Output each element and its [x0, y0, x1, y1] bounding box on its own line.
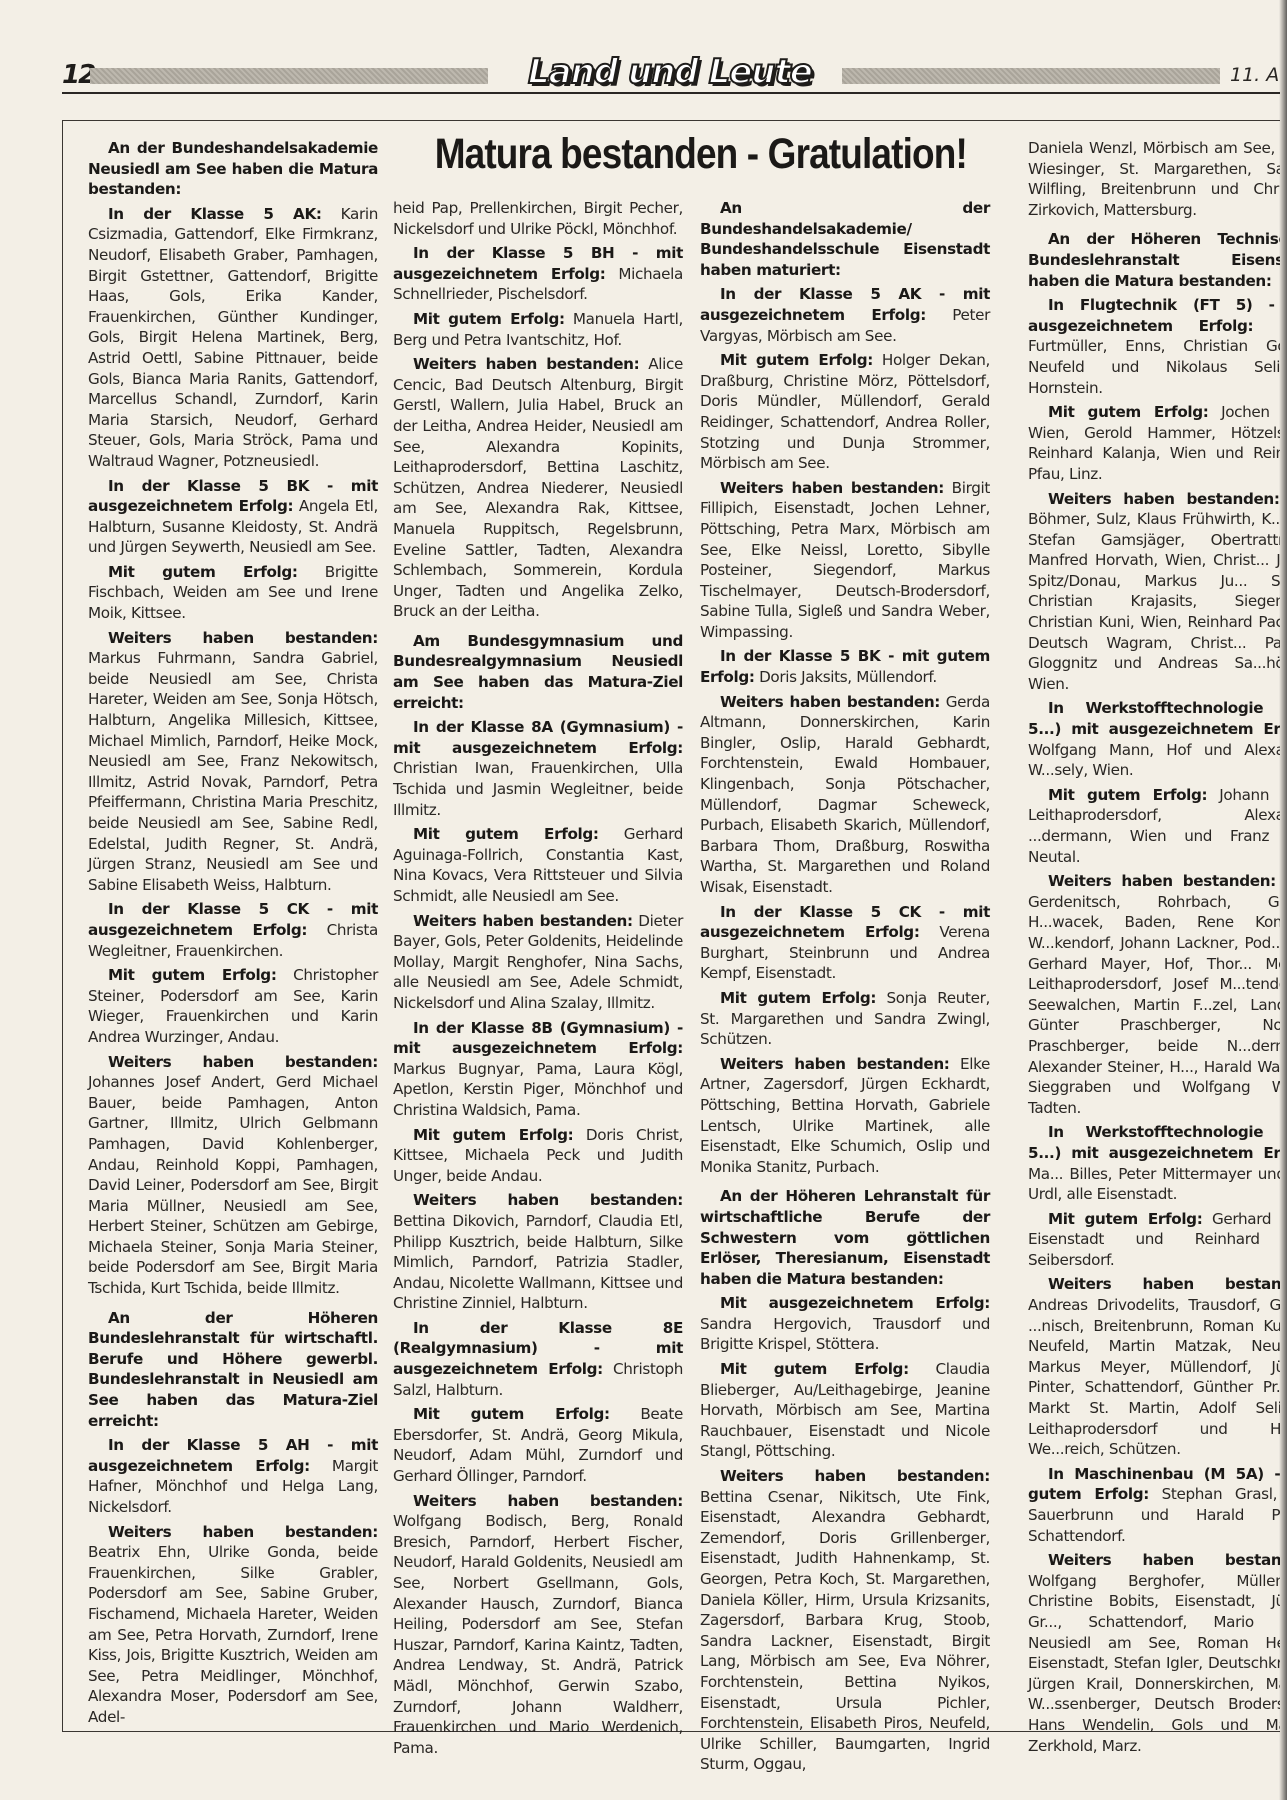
article-paragraph: An der Höheren Technischen Bundeslehrans…	[1028, 229, 1280, 291]
article-paragraph: Weiters haben bestanden: Birgit Fillipic…	[700, 478, 990, 643]
paragraph-lead: Weiters haben bestanden:	[1048, 1551, 1280, 1569]
article-paragraph: Mit ausgezeichnetem Erfolg: Sandra Hergo…	[700, 1293, 990, 1355]
paragraph-lead: An der Höheren Lehranstalt für wirtschaf…	[700, 1187, 990, 1287]
masthead-bar-left	[90, 68, 488, 84]
article-paragraph: An der Bundeshandelsakademie Neusiedl am…	[88, 138, 378, 200]
article-paragraph: Mit gutem Erfolg: Jochen Cs..., Wien, Ge…	[1028, 402, 1280, 484]
article-paragraph: In der Klasse 8E (Realgymnasium) - mit a…	[393, 1318, 683, 1400]
article-paragraph: Mit gutem Erfolg: Brigitte Fischbach, We…	[88, 562, 378, 624]
article-paragraph: Mit gutem Erfolg: Claudia Blieberger, Au…	[700, 1359, 990, 1462]
paragraph-text: Wolfgang Berghofer, Müllendorf, Christin…	[1028, 1572, 1280, 1755]
paragraph-text: Daniela Wenzl, Mörbisch am See, Karin Wi…	[1028, 139, 1280, 219]
paragraph-lead: Am Bundesgymnasium und Bundesrealgymnasi…	[393, 632, 683, 712]
paragraph-lead: Weiters haben bestanden:	[1048, 1275, 1280, 1293]
article-paragraph: In Werkstofftechnologie (WT 5...) mit au…	[1028, 1122, 1280, 1204]
paragraph-lead: Weiters haben bestanden:	[413, 355, 639, 373]
paragraph-lead: In Werkstofftechnologie (WT 5...) mit au…	[1028, 1123, 1280, 1162]
paragraph-text: Alice Cencic, Bad Deutsch Altenburg, Bir…	[393, 355, 683, 620]
paragraph-text: Markus Fuhrmann, Sandra Gabriel, beide N…	[88, 649, 378, 894]
paragraph-lead: Weiters haben bestanden:	[413, 1492, 683, 1510]
article-paragraph: Weiters haben bestanden: Kl... Böhmer, S…	[1028, 489, 1280, 695]
paragraph-lead: Weiters haben bestanden:	[720, 479, 944, 497]
article-paragraph: Mit gutem Erfolg: Holger Dekan, Draßburg…	[700, 350, 990, 474]
article-paragraph: In Werkstofftechnologie (WT 5...) mit au…	[1028, 698, 1280, 780]
paragraph-lead: An der Bundeshandelsakademie/ Bundeshand…	[700, 199, 990, 279]
paragraph-lead: An der Bundeshandelsakademie Neusiedl am…	[88, 139, 378, 198]
article-paragraph: In der Klasse 5 BK - mit gutem Erfolg: D…	[700, 646, 990, 687]
paragraph-text: Beatrix Ehn, Ulrike Gonda, beide Frauenk…	[88, 1543, 378, 1726]
article-paragraph: Mit gutem Erfolg: Johann Ba..., Leithapr…	[1028, 785, 1280, 867]
article-column-4: Daniela Wenzl, Mörbisch am See, Karin Wi…	[1028, 138, 1280, 1760]
article-paragraph: Daniela Wenzl, Mörbisch am See, Karin Wi…	[1028, 138, 1280, 220]
paragraph-text: Bettina Csenar, Nikitsch, Ute Fink, Eise…	[700, 1488, 990, 1774]
article-paragraph: Mit gutem Erfolg: Doris Christ, Kittsee,…	[393, 1125, 683, 1187]
article-paragraph: Weiters haben bestanden: Andreas Drivode…	[1028, 1274, 1280, 1459]
paragraph-lead: Mit gutem Erfolg:	[720, 351, 873, 369]
newspaper-page: 12 Land und Leute 11. August 19 Matura b…	[0, 0, 1280, 1800]
article-headline: Matura bestanden - Gratulation!	[435, 130, 960, 179]
paragraph-text: Be... Gerdenitsch, Rohrbach, Gregor H...…	[1028, 872, 1280, 1117]
paragraph-lead: Mit gutem Erfolg:	[720, 989, 876, 1007]
paragraph-lead: In der Klasse 8B (Gymnasium) - mit ausge…	[393, 1019, 683, 1058]
article-paragraph: In der Klasse 8A (Gymnasium) - mit ausge…	[393, 717, 683, 820]
article-column-2: heid Pap, Prellenkirchen, Birgit Pecher,…	[393, 198, 683, 1762]
article-paragraph: Weiters haben bestanden: Be... Gerdenits…	[1028, 871, 1280, 1118]
article-paragraph: Weiters haben bestanden: Gerda Altmann, …	[700, 692, 990, 898]
paragraph-lead: Weiters haben bestanden:	[1048, 872, 1276, 890]
paragraph-lead: In Flugtechnik (FT 5) - mit ausgezeichne…	[1028, 296, 1280, 335]
paragraph-lead: Weiters haben bestanden:	[413, 912, 633, 930]
article-paragraph: Mit gutem Erfolg: Gerhard Str..., Eisens…	[1028, 1209, 1280, 1271]
page-edge-shadow	[1279, 0, 1287, 1800]
article-paragraph: Weiters haben bestanden: Wolfgang Bergho…	[1028, 1550, 1280, 1756]
paragraph-text: Kl... Böhmer, Sulz, Klaus Frühwirth, K..…	[1028, 490, 1280, 693]
paragraph-text: Birgit Fillipich, Eisenstadt, Jochen Leh…	[700, 479, 990, 641]
article-paragraph: In der Klasse 5 BK - mit ausgezeichnetem…	[88, 476, 378, 558]
paragraph-lead: Weiters haben bestanden:	[720, 1055, 950, 1073]
article-column-1: An der Bundeshandelsakademie Neusiedl am…	[88, 138, 378, 1732]
paragraph-lead: Mit gutem Erfolg:	[413, 825, 599, 843]
article-paragraph: In der Klasse 5 CK - mit ausgezeichnetem…	[700, 902, 990, 984]
paragraph-lead: Weiters haben bestanden:	[413, 1191, 683, 1209]
paragraph-text: Johannes Josef Andert, Gerd Michael Baue…	[88, 1073, 378, 1297]
article-paragraph: Mit gutem Erfolg: Sonja Reuter, St. Marg…	[700, 988, 990, 1050]
article-paragraph: In der Klasse 8B (Gymnasium) - mit ausge…	[393, 1018, 683, 1121]
paragraph-text: Ma... Billes, Peter Mittermayer und M...…	[1028, 1165, 1280, 1204]
article-paragraph: Weiters haben bestanden: Alice Cencic, B…	[393, 354, 683, 622]
paragraph-text: Wolfgang Bodisch, Berg, Ronald Bresich, …	[393, 1512, 683, 1757]
paragraph-lead: Weiters haben bestanden:	[1048, 490, 1280, 508]
issue-date: 11. August 19	[1230, 64, 1280, 86]
paragraph-lead: Mit gutem Erfolg:	[108, 563, 298, 581]
article-paragraph: In der Klasse 5 CK - mit ausgezeichnetem…	[88, 899, 378, 961]
article-column-3: An der Bundeshandelsakademie/ Bundeshand…	[700, 198, 990, 1779]
paragraph-lead: Mit gutem Erfolg:	[1048, 1210, 1202, 1228]
section-logo: Land und Leute	[528, 52, 812, 92]
article-paragraph: Mit gutem Erfolg: Christopher Steiner, P…	[88, 965, 378, 1047]
article-paragraph: Am Bundesgymnasium und Bundesrealgymnasi…	[393, 631, 683, 713]
article-paragraph: In Flugtechnik (FT 5) - mit ausgezeichne…	[1028, 295, 1280, 398]
article-paragraph: Weiters haben bestanden: Beatrix Ehn, Ul…	[88, 1522, 378, 1728]
paragraph-lead: Mit ausgezeichnetem Erfolg:	[720, 1294, 990, 1312]
paragraph-lead: Mit gutem Erfolg:	[720, 1360, 909, 1378]
paragraph-text: Bettina Dikovich, Parndorf, Claudia Etl,…	[393, 1212, 683, 1312]
article-paragraph: Mit gutem Erfolg: Beate Ebersdorfer, St.…	[393, 1404, 683, 1486]
paragraph-lead: Weiters haben bestanden:	[720, 693, 940, 711]
paragraph-text: Markus Bugnyar, Pama, Laura Kögl, Apetlo…	[393, 1060, 683, 1119]
masthead-bar-right	[842, 68, 1220, 84]
paragraph-lead: Mit gutem Erfolg:	[413, 1405, 610, 1423]
paragraph-lead: Mit gutem Erfolg:	[108, 966, 277, 984]
paragraph-text: heid Pap, Prellenkirchen, Birgit Pecher,…	[393, 199, 683, 238]
paragraph-text: Holger Dekan, Draßburg, Christine Mörz, …	[700, 351, 990, 472]
article-paragraph: Weiters haben bestanden: Johannes Josef …	[88, 1052, 378, 1299]
paragraph-text: Karin Csizmadia, Gattendorf, Elke Firmkr…	[88, 205, 378, 470]
article-paragraph: In der Klasse 5 AK - mit ausgezeichnetem…	[700, 284, 990, 346]
article-paragraph: An der Höheren Lehranstalt für wirtschaf…	[700, 1186, 990, 1289]
paragraph-text: Sandra Hergovich, Trausdorf und Brigitte…	[700, 1315, 990, 1354]
paragraph-text: Wolfgang Mann, Hof und Alexander W...sel…	[1028, 741, 1280, 780]
paragraph-text: Andreas Drivodelits, Trausdorf, Gerald .…	[1028, 1296, 1280, 1458]
paragraph-text: Gerda Altmann, Donnerskirchen, Karin Bin…	[700, 693, 990, 896]
paragraph-lead: An der Höheren Bundeslehranstalt für wir…	[88, 1309, 378, 1430]
article-paragraph: An der Bundeshandelsakademie/ Bundeshand…	[700, 198, 990, 280]
article-paragraph: Weiters haben bestanden: Elke Artner, Za…	[700, 1054, 990, 1178]
paragraph-lead: An der Höheren Technischen Bundeslehrans…	[1028, 230, 1280, 289]
paragraph-lead: In der Klasse 5 AK:	[108, 205, 322, 223]
article-paragraph: In der Klasse 5 AH - mit ausgezeichnetem…	[88, 1435, 378, 1517]
masthead-rule	[62, 92, 1280, 94]
paragraph-lead: Weiters haben bestanden:	[108, 1053, 378, 1071]
paragraph-lead: Mit gutem Erfolg:	[413, 310, 565, 328]
paragraph-lead: Mit gutem Erfolg:	[413, 1126, 573, 1144]
article-paragraph: Weiters haben bestanden: Markus Fuhrmann…	[88, 628, 378, 896]
article-paragraph: In der Klasse 5 AK: Karin Csizmadia, Gat…	[88, 204, 378, 472]
article-paragraph: Mit gutem Erfolg: Manuela Hartl, Berg un…	[393, 309, 683, 350]
paragraph-lead: In der Klasse 8A (Gymnasium) - mit ausge…	[393, 718, 683, 757]
paragraph-lead: Weiters haben bestanden:	[720, 1467, 990, 1485]
article-paragraph: Weiters haben bestanden: Bettina Dikovic…	[393, 1190, 683, 1314]
paragraph-lead: Weiters haben bestanden:	[108, 629, 378, 647]
paragraph-text: Doris Jaksits, Müllendorf.	[755, 668, 937, 686]
paragraph-text: Christian Iwan, Frauenkirchen, Ulla Tsch…	[393, 759, 683, 818]
article-paragraph: Weiters haben bestanden: Dieter Bayer, G…	[393, 911, 683, 1014]
article-paragraph: In Maschinenbau (M 5A) - mit gutem Erfol…	[1028, 1464, 1280, 1546]
article-paragraph: Mit gutem Erfolg: Gerhard Aguinaga-Follr…	[393, 824, 683, 906]
paragraph-lead: Weiters haben bestanden:	[108, 1523, 378, 1541]
article-paragraph: Weiters haben bestanden: Bettina Csenar,…	[700, 1466, 990, 1775]
masthead: 12 Land und Leute 11. August 19	[62, 58, 1280, 92]
article-paragraph: Weiters haben bestanden: Wolfgang Bodisc…	[393, 1491, 683, 1759]
article-paragraph: An der Höheren Bundeslehranstalt für wir…	[88, 1308, 378, 1432]
paragraph-lead: In Werkstofftechnologie (WT 5...) mit au…	[1028, 699, 1280, 738]
article-paragraph: heid Pap, Prellenkirchen, Birgit Pecher,…	[393, 198, 683, 239]
paragraph-lead: Mit gutem Erfolg:	[1048, 403, 1209, 421]
article-paragraph: In der Klasse 5 BH - mit ausgezeichnetem…	[393, 243, 683, 305]
paragraph-lead: Mit gutem Erfolg:	[1048, 786, 1207, 804]
